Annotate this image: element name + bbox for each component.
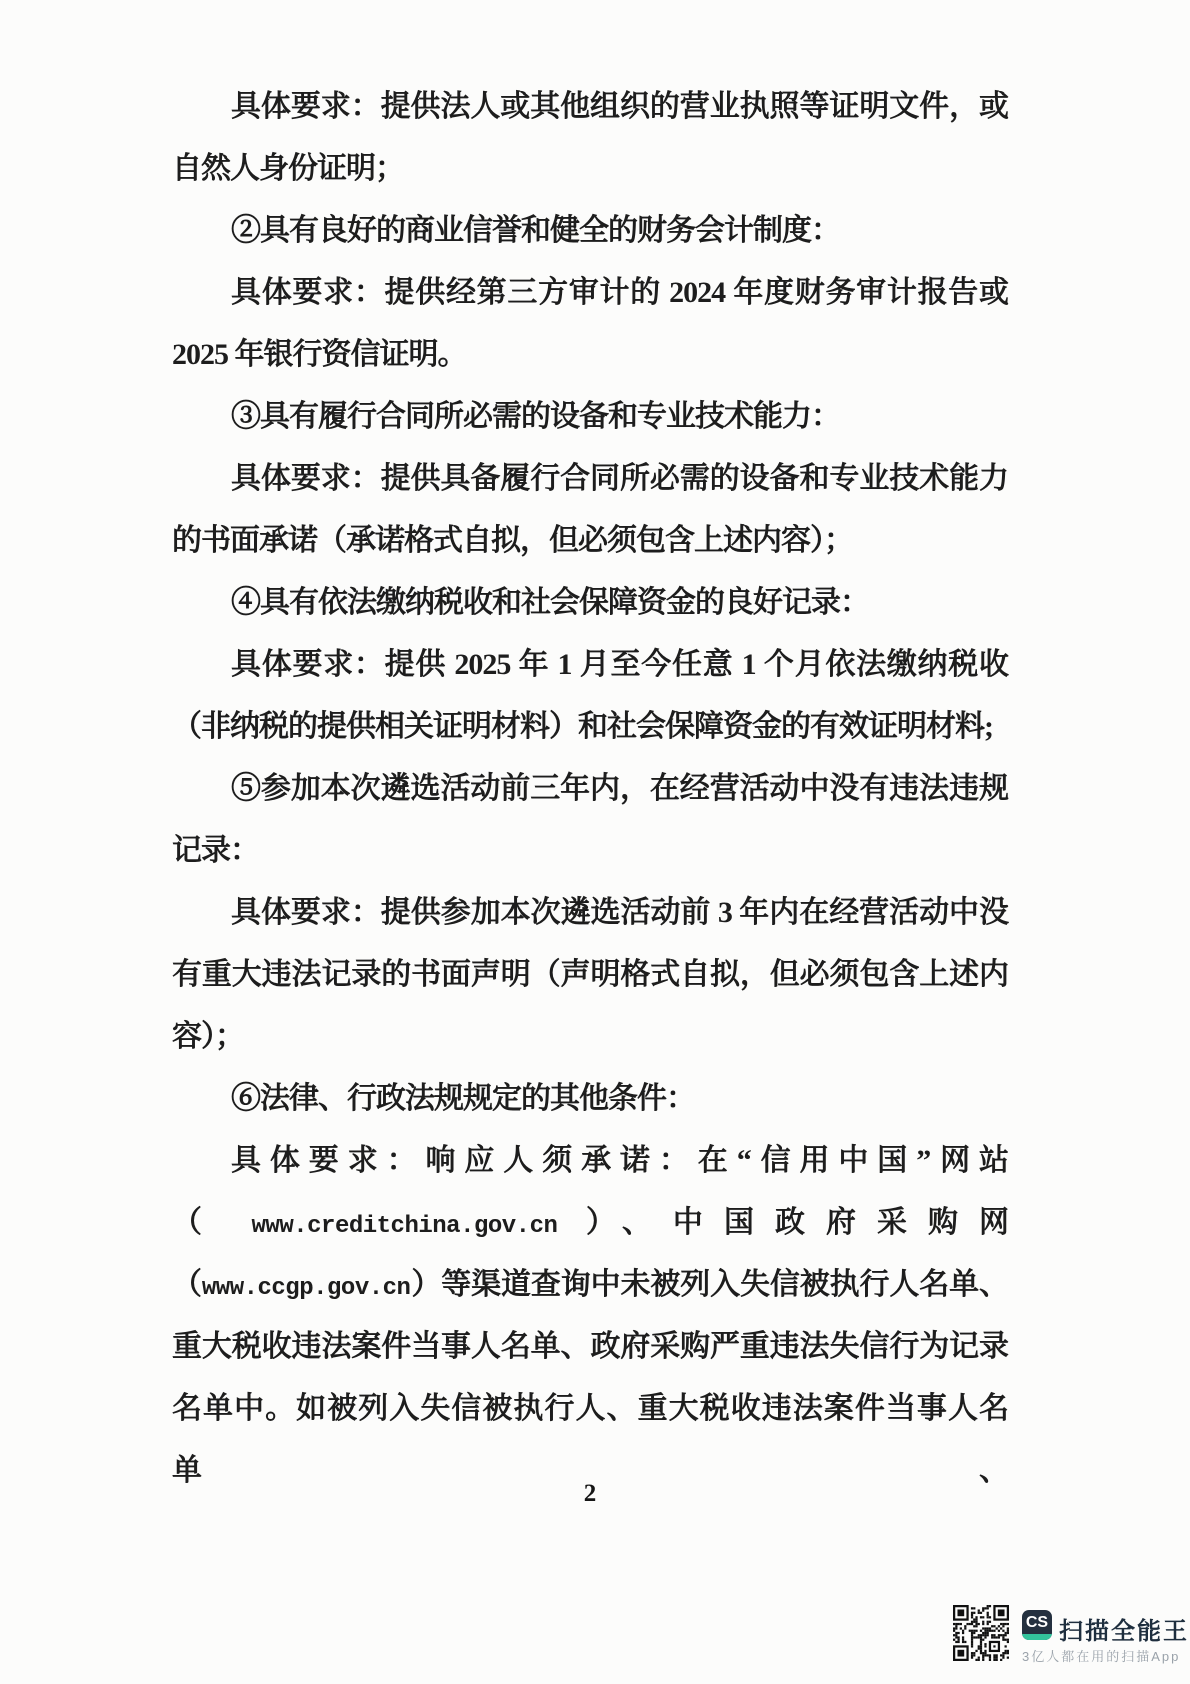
- text-line: 有重大违法记录的书面声明（声明格式自拟，但必须包含上述内: [172, 944, 1008, 1006]
- text-line: ②具有良好的商业信誉和健全的财务会计制度：: [172, 200, 1008, 262]
- text-line: （ www.creditchina.gov.cn ）、中国政府采购网: [172, 1192, 1008, 1254]
- text-line: ⑥法律、行政法规规定的其他条件：: [172, 1068, 1008, 1130]
- text-line: ⑤参加本次遴选活动前三年内，在经营活动中没有违法违规: [172, 758, 1008, 820]
- text-line: 重大税收违法案件当事人名单、政府采购严重违法失信行为记录: [172, 1316, 1008, 1378]
- text-line: 具体要求：提供经第三方审计的 2024 年度财务审计报告或: [172, 262, 1008, 324]
- text-line: 2025 年银行资信证明。: [172, 324, 1008, 386]
- qr-code-icon: [953, 1605, 1009, 1661]
- app-name: 扫描全能王: [1059, 1611, 1189, 1646]
- text-line: 的书面承诺（承诺格式自拟，但必须包含上述内容）；: [172, 510, 1008, 572]
- document-body: 具体要求：提供法人或其他组织的营业执照等证明文件，或自然人身份证明；②具有良好的…: [172, 76, 1008, 1440]
- text-line: 具体要求：提供 2025 年 1 月至今任意 1 个月依法缴纳税收: [172, 634, 1008, 696]
- text-line: （www.ccgp.gov.cn）等渠道查询中未被列入失信被执行人名单、: [172, 1254, 1008, 1316]
- text-line: 具体要求：提供参加本次遴选活动前 3 年内在经营活动中没: [172, 882, 1008, 944]
- camscanner-watermark: CS 扫描全能王 3亿人都在用的扫描App: [953, 1603, 1168, 1665]
- text-line: 具体要求：提供法人或其他组织的营业执照等证明文件，或: [172, 76, 1008, 138]
- text-line: 具体要求：提供具备履行合同所必需的设备和专业技术能力: [172, 448, 1008, 510]
- text-line: 具体要求：响应人须承诺：在“信用中国”网站: [172, 1130, 1008, 1192]
- camscanner-logo-text: CS: [1022, 1611, 1052, 1635]
- camscanner-logo-icon: CS: [1022, 1610, 1052, 1640]
- page-number: 2: [172, 1480, 1008, 1508]
- camscanner-logo-accent: [1022, 1634, 1052, 1640]
- text-line: 名单中。如被列入失信被执行人、重大税收违法案件当事人名单、: [172, 1378, 1008, 1440]
- text-line: 自然人身份证明；: [172, 138, 1008, 200]
- app-tagline: 3亿人都在用的扫描App: [1022, 1646, 1180, 1665]
- text-line: 容）；: [172, 1006, 1008, 1068]
- text-line: ④具有依法缴纳税收和社会保障资金的良好记录：: [172, 572, 1008, 634]
- text-line: （非纳税的提供相关证明材料）和社会保障资金的有效证明材料;: [172, 696, 1008, 758]
- text-line: 记录：: [172, 820, 1008, 882]
- text-line: ③具有履行合同所必需的设备和专业技术能力：: [172, 386, 1008, 448]
